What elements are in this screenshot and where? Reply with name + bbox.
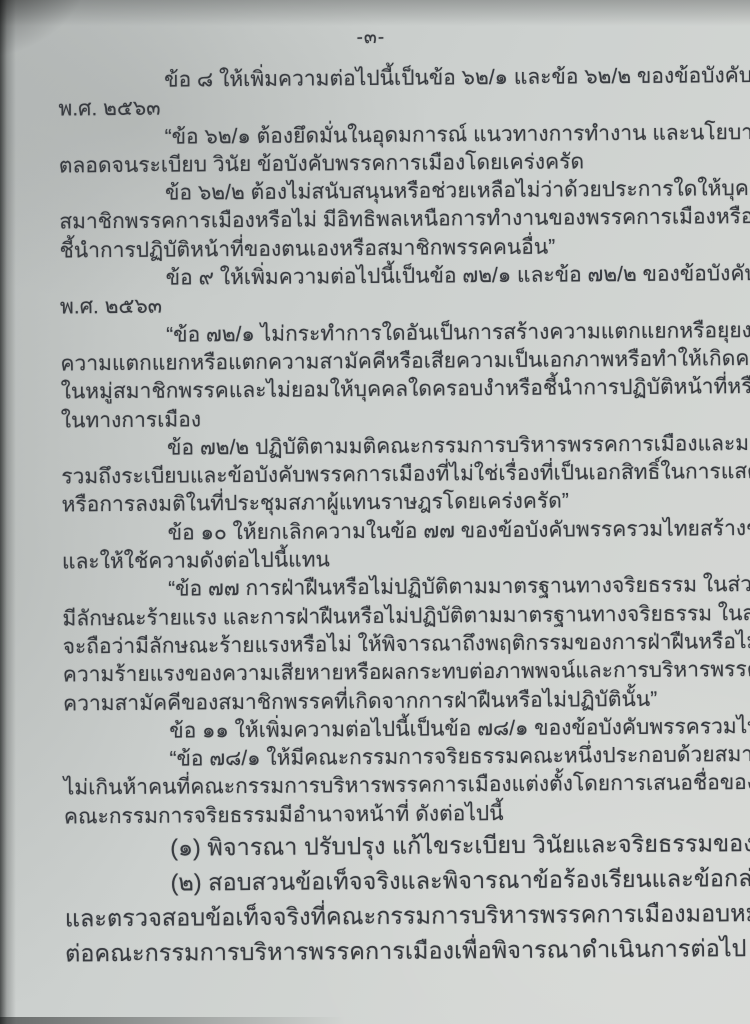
text-line: ไม่เกินห้าคนที่คณะกรรมการบริหารพรรคการเม… bbox=[64, 770, 720, 803]
page-number: -๓- bbox=[0, 0, 746, 55]
paragraph: ข้อ ๘ ให้เพิ่มความต่อไปนี้เป็นข้อ ๖๒/๑ แ… bbox=[58, 62, 714, 124]
document-body: ข้อ ๘ ให้เพิ่มความต่อไปนี้เป็นข้อ ๖๒/๑ แ… bbox=[0, 62, 750, 972]
text-line: ข้อ ๙ ให้เพิ่มความต่อไปนี้เป็นข้อ ๗๒/๑ แ… bbox=[60, 260, 716, 293]
paragraph: ข้อ ๙ ให้เพิ่มความต่อไปนี้เป็นข้อ ๗๒/๑ แ… bbox=[60, 260, 716, 322]
text-line: ต่อคณะกรรมการบริหารพรรคการเมืองเพื่อพิจา… bbox=[65, 931, 721, 971]
paragraph: ข้อ ๗๒/๒ ปฏิบัติตามมติคณะกรรมการบริหารพร… bbox=[61, 430, 718, 520]
paragraph: “ข้อ ๗๘/๑ ให้มีคณะกรรมการจริยธรรมคณะหนึ่… bbox=[63, 741, 720, 831]
scanned-document-page: -๓- ข้อ ๘ ให้เพิ่มความต่อไปนี้เป็นข้อ ๖๒… bbox=[0, 0, 750, 1024]
text-line: และตรวจสอบข้อเท็จจริงที่คณะกรรมการบริหาร… bbox=[65, 896, 721, 936]
paragraph: “ข้อ ๗๗ การฝ่าฝืนหรือไม่ปฏิบัติตามมาตรฐา… bbox=[62, 572, 719, 719]
paragraph: ข้อ ๖๒/๒ ต้องไม่สนับสนุนหรือช่วยเหลือไม่… bbox=[59, 176, 716, 266]
paragraph: (๒) สอบสวนข้อเท็จจริงและพิจารณาข้อร้องเร… bbox=[64, 861, 721, 971]
text-line: ข้อ ๑๐ ให้ยกเลิกความในข้อ ๗๗ ของข้อบังคั… bbox=[62, 515, 718, 548]
paragraph: “ข้อ ๗๒/๑ ไม่กระทำการใดอันเป็นการสร้างคว… bbox=[60, 317, 717, 435]
text-line: สมาชิกพรรคการเมืองหรือไม่ มีอิทธิพลเหนือ… bbox=[59, 204, 715, 237]
text-line: (๑) พิจารณา ปรับปรุง แก้ไขระเบียบ วินัยแ… bbox=[64, 826, 720, 866]
text-line: “ข้อ ๖๒/๑ ต้องยึดมั่นในอุดมการณ์ แนวทางก… bbox=[59, 119, 715, 152]
text-line: (๒) สอบสวนข้อเท็จจริงและพิจารณาข้อร้องเร… bbox=[64, 861, 720, 901]
text-line: ในหมู่สมาชิกพรรคและไม่ยอมให้บุคคลใดครอบง… bbox=[61, 374, 717, 407]
paragraph: ข้อ ๑๐ ให้ยกเลิกความในข้อ ๗๗ ของข้อบังคั… bbox=[62, 515, 718, 577]
document-sheet: -๓- ข้อ ๘ ให้เพิ่มความต่อไปนี้เป็นข้อ ๖๒… bbox=[0, 0, 750, 1024]
text-line: ความร้ายแรงของความเสียหายหรือผลกระทบต่อภ… bbox=[63, 657, 719, 690]
text-line: รวมถึงระเบียบและข้อบังคับพรรคการเมืองที่… bbox=[61, 458, 717, 491]
text-line: ข้อ ๘ ให้เพิ่มความต่อไปนี้เป็นข้อ ๖๒/๑ แ… bbox=[58, 62, 714, 95]
paragraph: “ข้อ ๖๒/๑ ต้องยึดมั่นในอุดมการณ์ แนวทางก… bbox=[59, 119, 715, 181]
paragraph: (๑) พิจารณา ปรับปรุง แก้ไขระเบียบ วินัยแ… bbox=[64, 826, 720, 866]
